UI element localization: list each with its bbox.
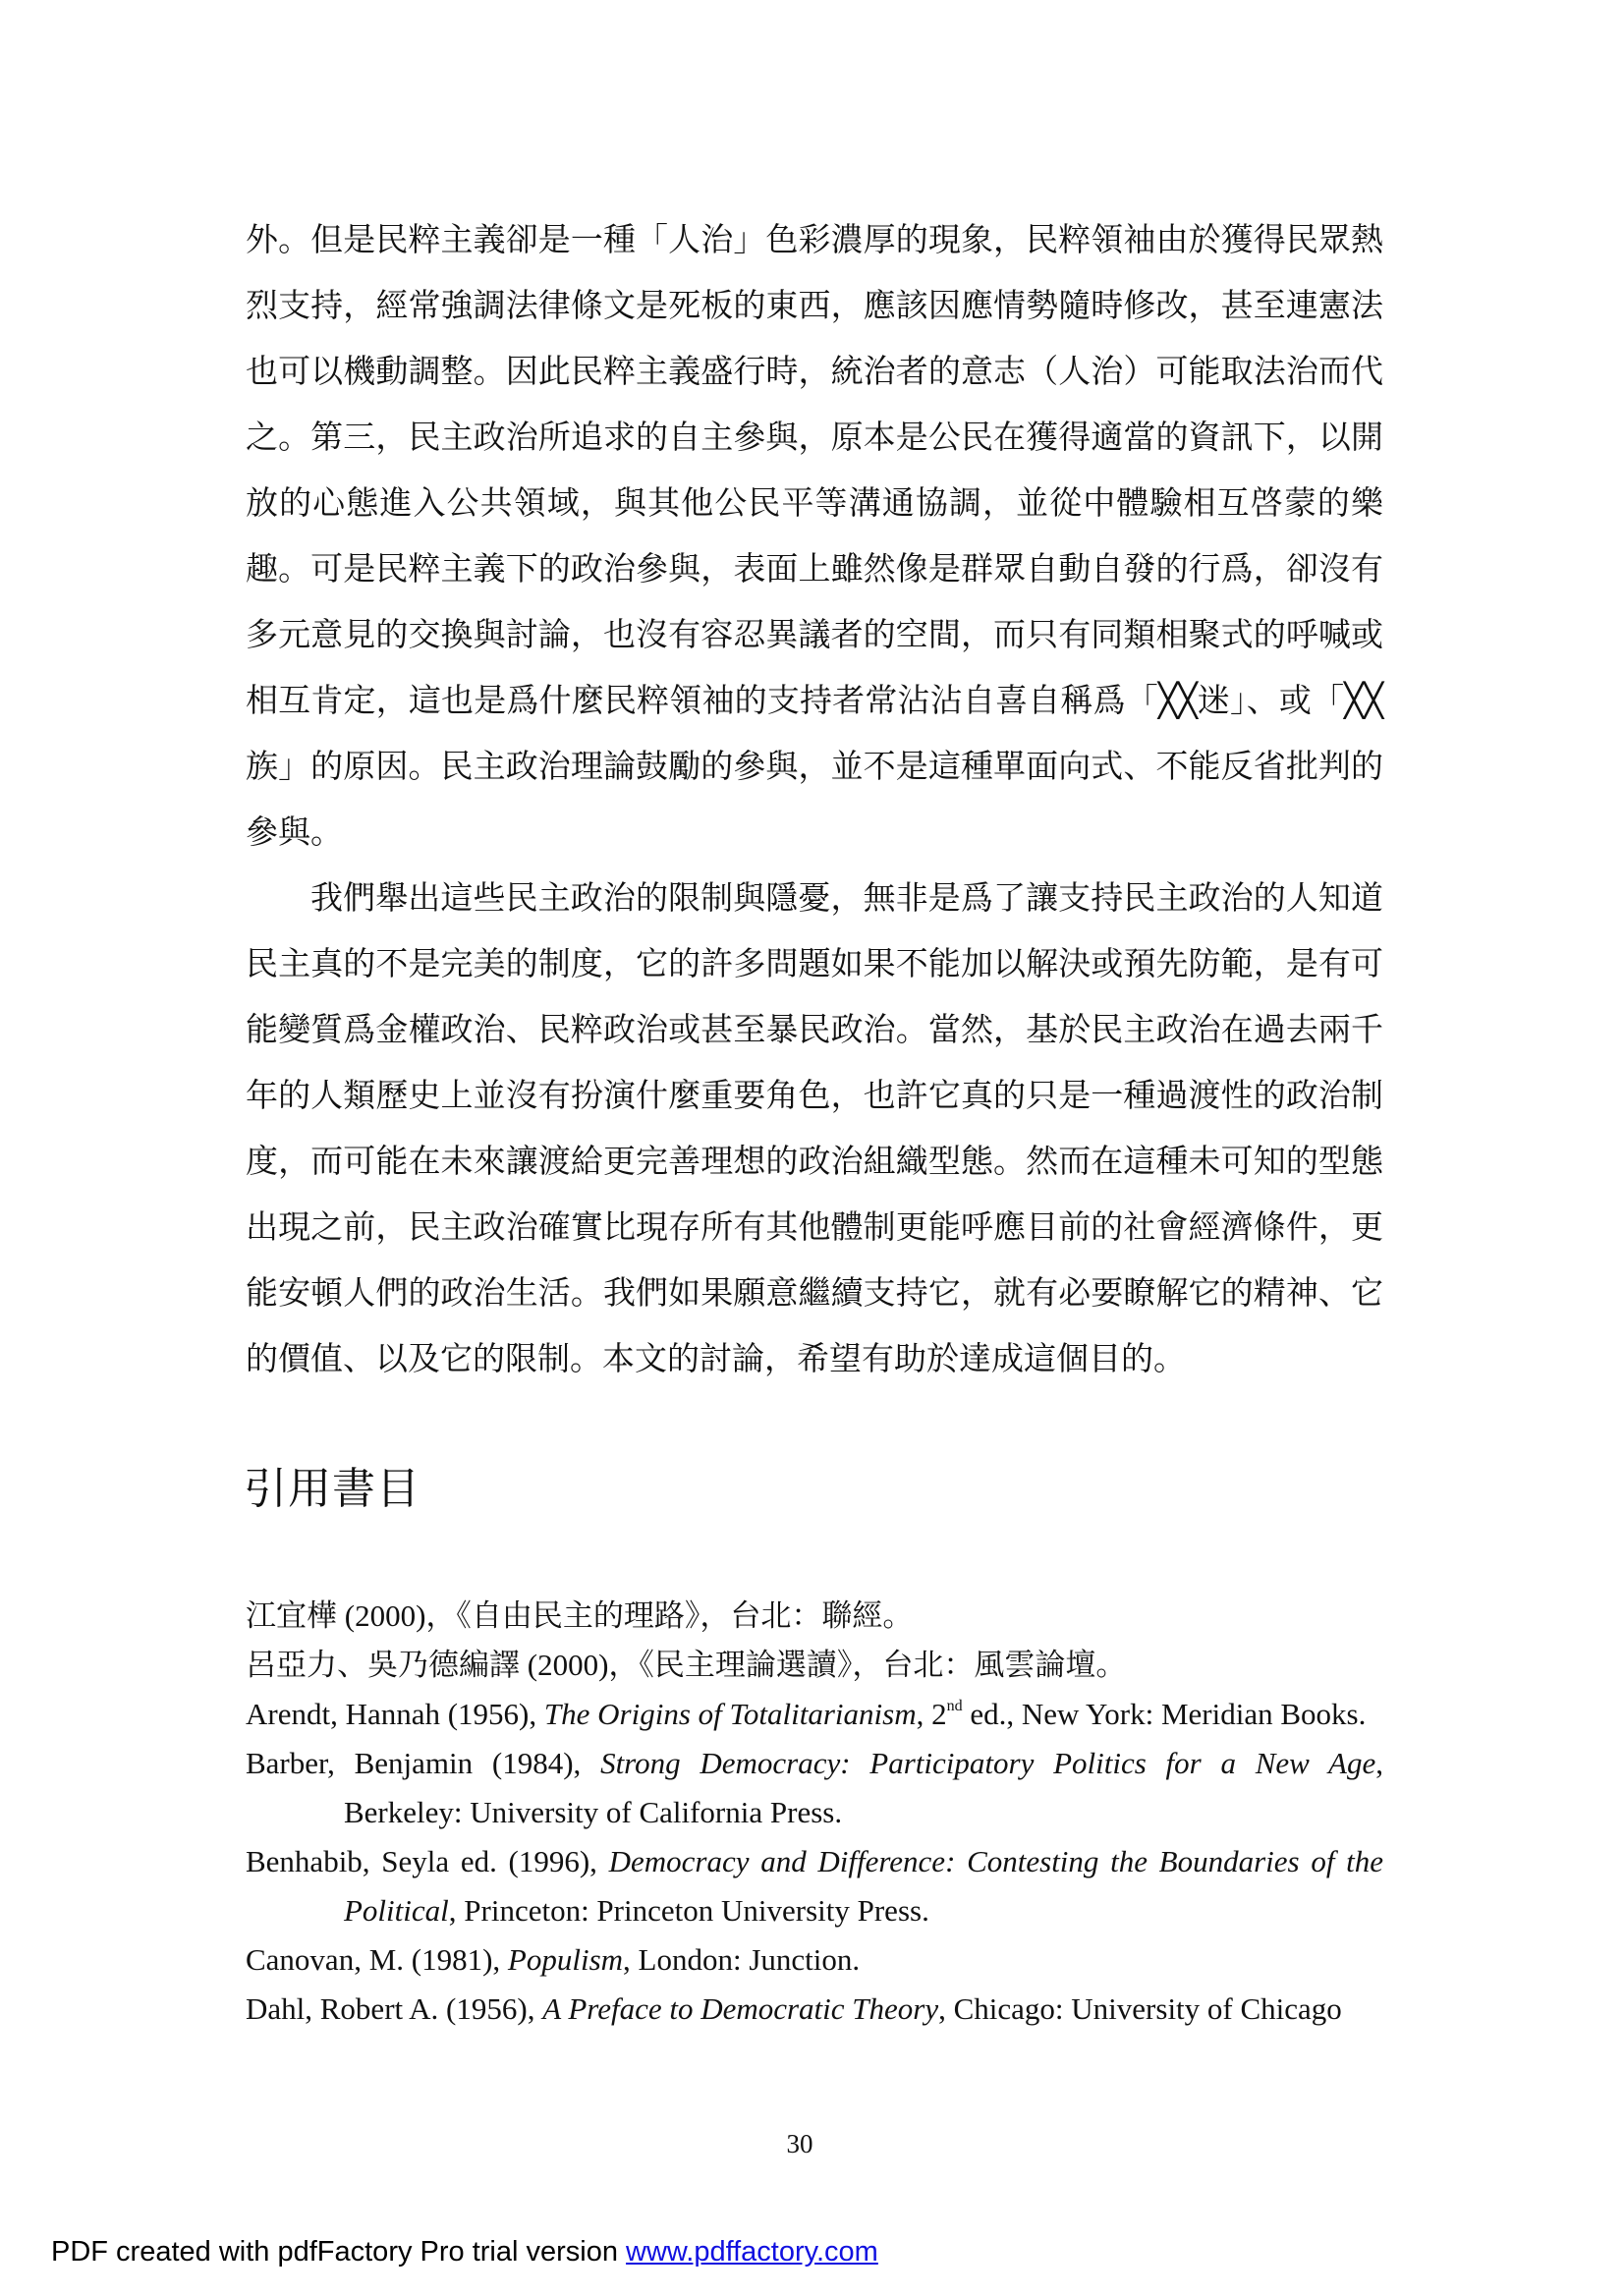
bib-author-year: Barber, Benjamin (1984), [246, 1746, 600, 1780]
paragraph-continued: 外。但是民粹主義卻是一種「人治」色彩濃厚的現象，民粹領袖由於獲得民眾熱烈支持，經… [246, 208, 1383, 867]
bib-title: Populism [508, 1942, 623, 1977]
bib-publisher: , Chicago: University of Chicago [938, 1991, 1342, 2026]
bib-edition-superscript: nd [947, 1698, 963, 1714]
bibliography-entry: 呂亞力、吳乃德編譯 (2000)，《民主理論選讀》，台北：風雲論壇。 [246, 1641, 1383, 1690]
bibliography-entry: Arendt, Hannah (1956), The Origins of To… [246, 1690, 1383, 1739]
bibliography-entry: 江宜樺 (2000)，《自由民主的理路》，台北：聯經。 [246, 1592, 1383, 1641]
bib-edition: , 2 [917, 1697, 947, 1731]
bib-author-year: Dahl, Robert A. (1956), [246, 1991, 542, 2026]
section-heading-references: 引用書目 [244, 1464, 420, 1515]
bib-title: 《民主理論選讀》 [639, 1648, 852, 1682]
bib-title: Strong Democracy: Participatory Politics… [600, 1746, 1375, 1780]
bib-publisher: , London: Junction. [623, 1942, 860, 1977]
bib-publisher: ，台北：風雲論壇。 [852, 1648, 1126, 1682]
bib-title: A Preface to Democratic Theory [542, 1991, 938, 2026]
body-text: 外。但是民粹主義卻是一種「人治」色彩濃厚的現象，民粹領袖由於獲得民眾熱烈支持，經… [246, 208, 1383, 1393]
bibliography-list: 江宜樺 (2000)，《自由民主的理路》，台北：聯經。 呂亞力、吳乃德編譯 (2… [246, 1592, 1383, 2034]
bibliography-entry: Canovan, M. (1981), Populism, London: Ju… [246, 1935, 1383, 1985]
paragraph-conclusion: 我們舉出這些民主政治的限制與隱憂，無非是爲了讓支持民主政治的人知道民主真的不是完… [246, 867, 1383, 1393]
bib-publisher: , Princeton: Princeton University Press. [449, 1893, 929, 1928]
bib-title: The Origins of Totalitarianism [544, 1697, 917, 1731]
bib-author-year: 呂亞力、吳乃德編譯 (2000)， [246, 1648, 639, 1682]
bib-author-year: Benhabib, Seyla ed. (1996), [246, 1844, 609, 1878]
document-page: 外。但是民粹主義卻是一種「人治」色彩濃厚的現象，民粹領袖由於獲得民眾熱烈支持，經… [0, 0, 1624, 2296]
bib-publisher: ed., New York: Meridian Books. [963, 1697, 1367, 1731]
bibliography-entry: Benhabib, Seyla ed. (1996), Democracy an… [246, 1837, 1383, 1935]
bib-author-year: Canovan, M. (1981), [246, 1942, 508, 1977]
bib-title: 《自由民主的理路》 [456, 1598, 700, 1633]
bib-author-year: 江宜樺 (2000)， [246, 1598, 456, 1633]
pdf-watermark-footer: PDF created with pdfFactory Pro trial ve… [51, 2234, 878, 2269]
bib-author-year: Arendt, Hannah (1956), [246, 1697, 544, 1731]
bibliography-entry: Dahl, Robert A. (1956), A Preface to Dem… [246, 1985, 1383, 2034]
bibliography-entry: Barber, Benjamin (1984), Strong Democrac… [246, 1739, 1383, 1837]
footer-text: PDF created with pdfFactory Pro trial ve… [51, 2236, 626, 2268]
bib-publisher: ，台北：聯經。 [700, 1598, 913, 1633]
pdffactory-link[interactable]: www.pdffactory.com [626, 2236, 878, 2268]
page-number: 30 [0, 2128, 1599, 2159]
